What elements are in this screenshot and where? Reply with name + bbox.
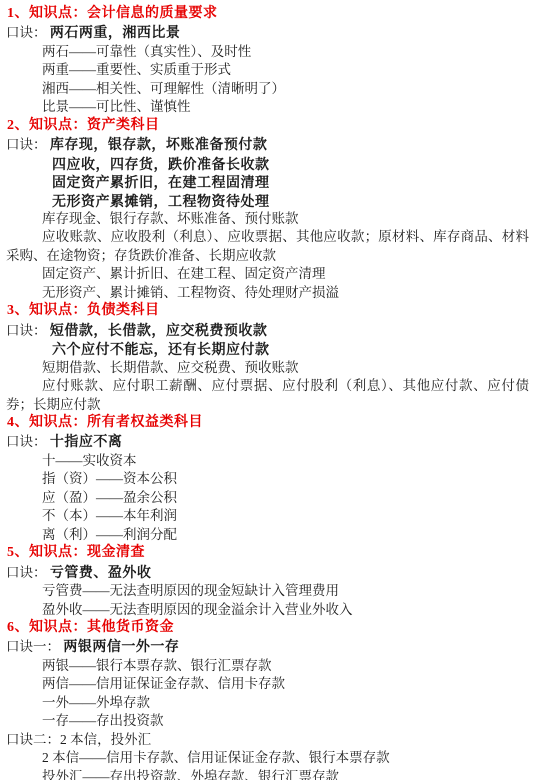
explain-line: 两信——信用证保证金存款、信用卡存款 bbox=[6, 675, 529, 693]
mnemonic-text: 两石两重，湘西比景 bbox=[50, 24, 181, 40]
explain-line: 不（本）——本年利润 bbox=[6, 507, 529, 525]
mnemonic-line: 口诀： 十指应不离 bbox=[6, 432, 529, 451]
explain-line: 应（盈）——盈余公积 bbox=[6, 489, 529, 507]
section-heading: 4、知识点：所有者权益类科目 bbox=[6, 414, 529, 432]
explain-line: 十——实收资本 bbox=[6, 452, 529, 470]
koujue-label: 口诀： bbox=[6, 25, 50, 40]
mnemonic-line: 口诀： 库存现，银存款，坏账准备预付款 bbox=[6, 135, 529, 154]
explain-line: 比景——可比性、谨慎性 bbox=[6, 98, 529, 116]
knowledge-section: 4、知识点：所有者权益类科目口诀： 十指应不离十——实收资本指（资）——资本公积… bbox=[6, 414, 529, 544]
explain-line: 两石——可靠性（真实性）、及时性 bbox=[6, 43, 529, 61]
mnemonic-line: 无形资产累摊销，工程物资待处理 bbox=[6, 192, 529, 210]
mnemonic-text: 亏管费、盈外收 bbox=[50, 564, 152, 580]
knowledge-section: 6、知识点：其他货币资金口诀一： 两银两信一外一存两银——银行本票存款、银行汇票… bbox=[6, 619, 529, 780]
explain-line: 应收账款、应收股利（利息）、应收票据、其他应收款；原材料、库存商品、材料采购、在… bbox=[6, 228, 529, 265]
knowledge-section: 5、知识点：现金清查口诀： 亏管费、盈外收亏管费——无法查明原因的现金短缺计入管… bbox=[6, 544, 529, 619]
mnemonic-text: 短借款，长借款，应交税费预收款 bbox=[50, 322, 268, 338]
mnemonic-text: 两银两信一外一存 bbox=[63, 638, 179, 654]
explain-line: 一外——外埠存款 bbox=[6, 694, 529, 712]
explain-line: 一存——存出投资款 bbox=[6, 712, 529, 730]
section-heading: 6、知识点：其他货币资金 bbox=[6, 619, 529, 637]
mnemonic-text: 库存现，银存款，坏账准备预付款 bbox=[50, 136, 268, 152]
explain-line: 库存现金、银行存款、坏账准备、预付账款 bbox=[6, 210, 529, 228]
explain-line: 投外汇——存出投资款、外埠存款、银行汇票存款 bbox=[6, 768, 529, 780]
mnemonic-line: 四应收，四存货，跌价准备长收款 bbox=[6, 155, 529, 173]
section-heading: 3、知识点：负债类科目 bbox=[6, 302, 529, 320]
mnemonic-text: 十指应不离 bbox=[50, 433, 123, 449]
explain-line: 湘西——相关性、可理解性（清晰明了） bbox=[6, 80, 529, 98]
knowledge-section: 1、知识点：会计信息的质量要求口诀： 两石两重，湘西比景两石——可靠性（真实性）… bbox=[6, 5, 529, 117]
explain-line: 短期借款、长期借款、应交税费、预收账款 bbox=[6, 359, 529, 377]
koujue-label: 口诀一： bbox=[6, 639, 63, 654]
mnemonic-line: 口诀一： 两银两信一外一存 bbox=[6, 637, 529, 656]
explain-line: 亏管费——无法查明原因的现金短缺计入管理费用 bbox=[6, 582, 529, 600]
koujue-label: 口诀： bbox=[6, 323, 50, 338]
koujue-label: 口诀： bbox=[6, 434, 50, 449]
mnemonic-line: 口诀： 亏管费、盈外收 bbox=[6, 563, 529, 582]
explain-line: 应付账款、应付职工薪酬、应付票据、应付股利（利息）、其他应付款、应付债券；长期应… bbox=[6, 377, 529, 414]
koujue-label: 口诀： bbox=[6, 137, 50, 152]
explain-line: 指（资）——资本公积 bbox=[6, 470, 529, 488]
koujue-label: 口诀： bbox=[6, 565, 50, 580]
document-page: 1、知识点：会计信息的质量要求口诀： 两石两重，湘西比景两石——可靠性（真实性）… bbox=[0, 0, 538, 780]
explain-line: 两银——银行本票存款、银行汇票存款 bbox=[6, 657, 529, 675]
section-heading: 1、知识点：会计信息的质量要求 bbox=[6, 5, 529, 23]
mnemonic-line: 口诀： 短借款，长借款，应交税费预收款 bbox=[6, 321, 529, 340]
mnemonic-line: 口诀二：2 本信，投外汇 bbox=[6, 731, 529, 749]
mnemonic-line: 固定资产累折旧，在建工程固清理 bbox=[6, 173, 529, 191]
explain-line: 无形资产、累计摊销、工程物资、待处理财产损溢 bbox=[6, 284, 529, 302]
knowledge-section: 2、知识点：资产类科目口诀： 库存现，银存款，坏账准备预付款四应收，四存货，跌价… bbox=[6, 117, 529, 303]
mnemonic-line: 六个应付不能忘，还有长期应付款 bbox=[6, 340, 529, 358]
section-heading: 2、知识点：资产类科目 bbox=[6, 117, 529, 135]
explain-line: 2 本信——信用卡存款、信用证保证金存款、银行本票存款 bbox=[6, 749, 529, 767]
explain-line: 两重——重要性、实质重于形式 bbox=[6, 61, 529, 79]
explain-line: 固定资产、累计折旧、在建工程、固定资产清理 bbox=[6, 265, 529, 283]
mnemonic-line: 口诀： 两石两重，湘西比景 bbox=[6, 23, 529, 42]
knowledge-section: 3、知识点：负债类科目口诀： 短借款，长借款，应交税费预收款六个应付不能忘，还有… bbox=[6, 302, 529, 414]
explain-line: 盈外收——无法查明原因的现金溢余计入营业外收入 bbox=[6, 601, 529, 619]
explain-line: 离（利）——利润分配 bbox=[6, 526, 529, 544]
section-heading: 5、知识点：现金清查 bbox=[6, 544, 529, 562]
